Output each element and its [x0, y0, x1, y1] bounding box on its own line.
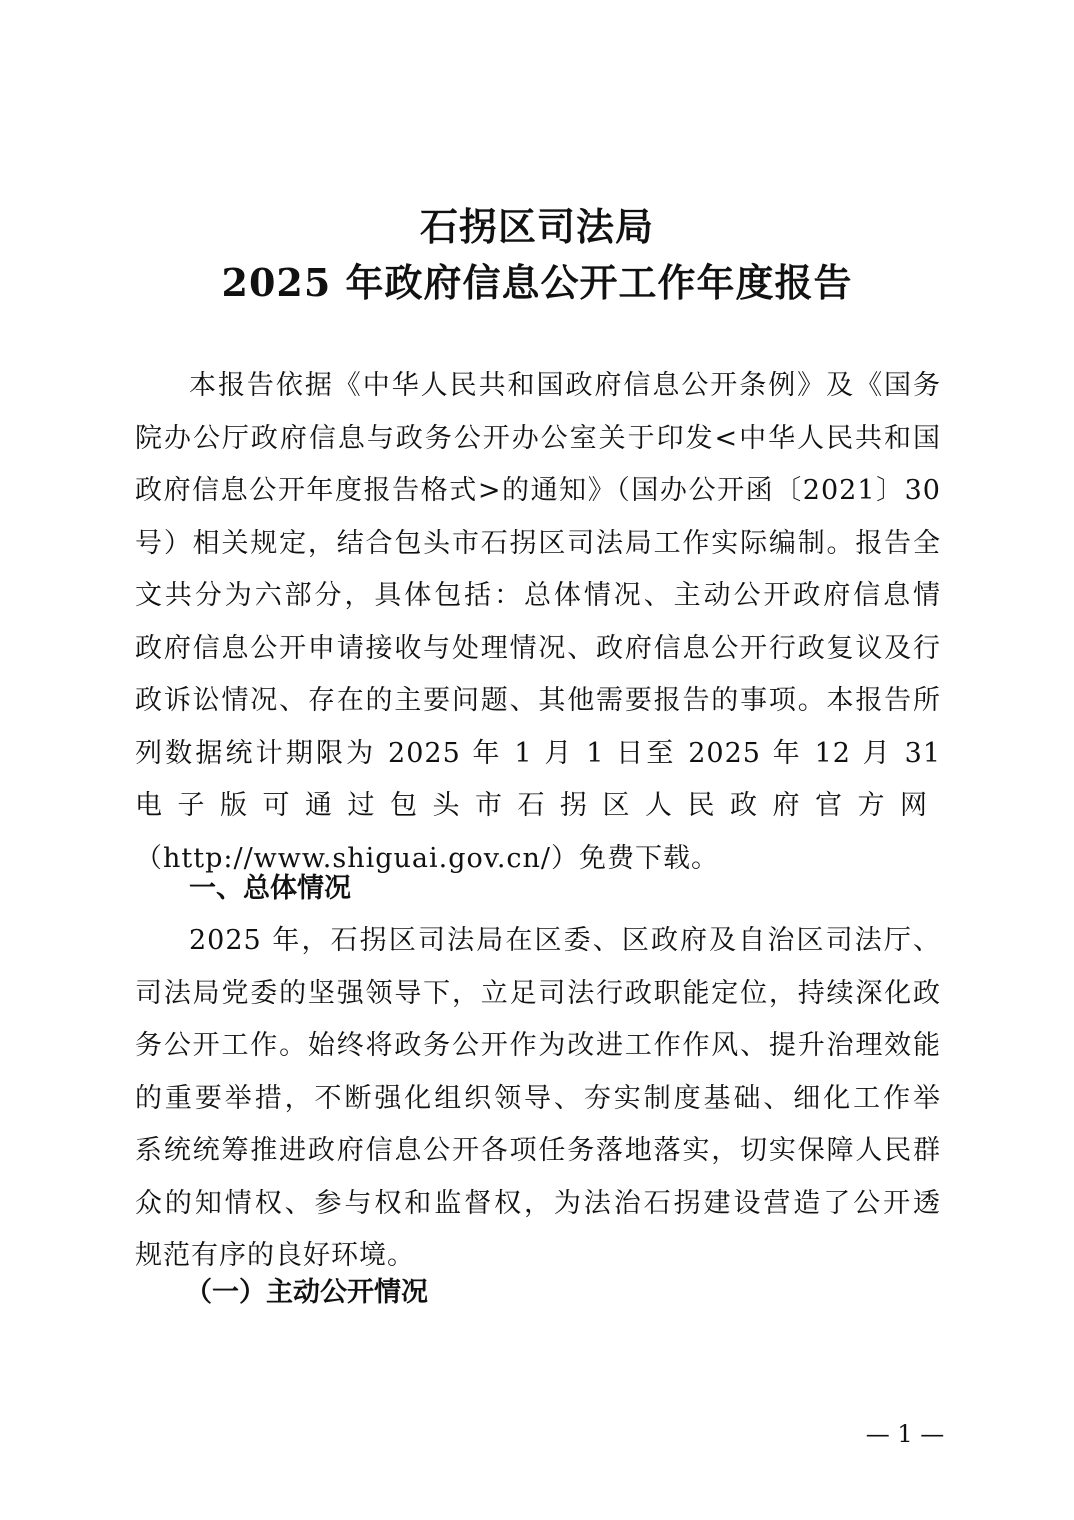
intro-line: 政府信息公开申请接收与处理情况、政府信息公开行政复议及行	[135, 623, 941, 676]
intro-line: 院办公厅政府信息与政务公开办公室关于印发<中华人民共和国	[135, 413, 941, 466]
document-title-line1: 石拐区司法局	[0, 196, 1074, 251]
overview-line: 的重要举措，不断强化组织领导、夯实制度基础、细化工作举措，	[135, 1073, 941, 1126]
intro-paragraph: 本报告依据《中华人民共和国政府信息公开条例》及《国务 院办公厅政府信息与政务公开…	[135, 360, 941, 885]
intro-line: 文共分为六部分，具体包括：总体情况、主动公开政府信息情况、	[135, 570, 941, 623]
overview-line: 系统统筹推进政府信息公开各项任务落地落实，切实保障人民群	[135, 1125, 941, 1178]
subsection-heading-active-disclosure: （一）主动公开情况	[185, 1270, 428, 1309]
intro-line: 政诉讼情况、存在的主要问题、其他需要报告的事项。本报告所	[135, 675, 941, 728]
page-number: — 1 —	[850, 1420, 960, 1448]
intro-line: 本报告依据《中华人民共和国政府信息公开条例》及《国务	[135, 360, 941, 413]
section-heading-overview: 一、总体情况	[189, 866, 351, 905]
overview-line: 2025 年，石拐区司法局在区委、区政府及自治区司法厅、市	[135, 915, 941, 968]
overview-line: 务公开工作。始终将政务公开作为改进工作作风、提升治理效能	[135, 1020, 941, 1073]
overview-paragraph: 2025 年，石拐区司法局在区委、区政府及自治区司法厅、市 司法局党委的坚强领导…	[135, 915, 941, 1283]
intro-line: 列数据统计期限为 2025 年 1 月 1 日至 2025 年 12 月 31 …	[135, 728, 941, 781]
intro-line: 政府信息公开年度报告格式>的通知》（国办公开函〔2021〕30	[135, 465, 941, 518]
overview-line: 司法局党委的坚强领导下，立足司法行政职能定位，持续深化政	[135, 968, 941, 1021]
intro-line: 电子版可通过包头市石拐区人民政府官方网站	[135, 780, 941, 833]
document-title-line2: 2025 年政府信息公开工作年度报告	[0, 252, 1074, 307]
intro-line: 号）相关规定，结合包头市石拐区司法局工作实际编制。报告全	[135, 518, 941, 571]
overview-line: 众的知情权、参与权和监督权，为法治石拐建设营造了公开透明、	[135, 1178, 941, 1231]
